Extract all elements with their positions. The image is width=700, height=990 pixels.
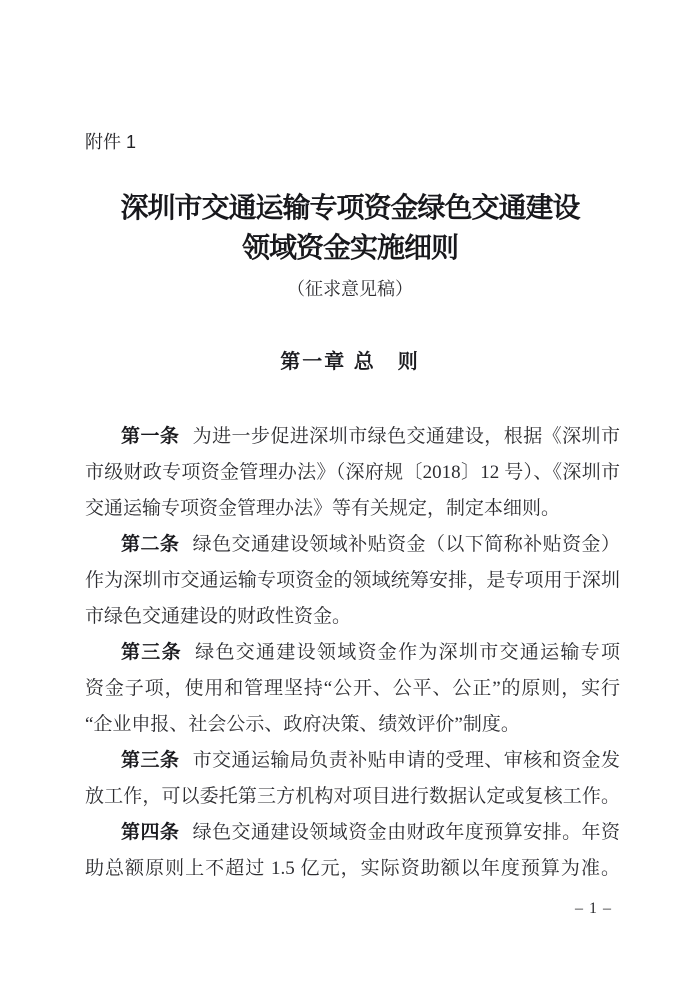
article-paragraph-5: 第四条绿色交通建设领域资金由财政年度预算安排。年资 助总额原则上不超过 1.5 … (85, 815, 620, 887)
paragraph-text: 绿色交通建设领域补贴资金（以下简称补贴资金） (193, 534, 620, 555)
document-page: 附件 1 深圳市交通运输专项资金绿色交通建设 领域资金实施细则 （征求意见稿） … (0, 0, 700, 990)
article-paragraph-2: 第二条绿色交通建设领域补贴资金（以下简称补贴资金） 作为深圳市交通运输专项资金的… (85, 527, 620, 635)
article-number: 第二条 (121, 534, 179, 555)
paragraph-line: 第三条绿色交通建设领域资金作为深圳市交通运输专项 (85, 635, 620, 671)
article-number: 第三条 (121, 642, 182, 663)
paragraph-line: 市级财政专项资金管理办法》（深府规〔2018〕12 号）、《深圳市 (85, 455, 620, 491)
paragraph-text: 市交通运输局负责补贴申请的受理、审核和资金发 (193, 750, 620, 771)
attachment-label: 附件 1 (85, 129, 136, 155)
document-title-line1: 深圳市交通运输专项资金绿色交通建设 (0, 189, 700, 229)
paragraph-line: 交通运输专项资金管理办法》等有关规定，制定本细则。 (85, 491, 620, 527)
paragraph-text: 绿色交通建设领域资金作为深圳市交通运输专项 (195, 642, 620, 663)
paragraph-line: 第一条为进一步促进深圳市绿色交通建设，根据《深圳市 (85, 419, 620, 455)
chapter-heading: 第一章 总 则 (0, 348, 700, 376)
paragraph-line: “企业申报、社会公示、政府决策、绩效评价”制度。 (85, 707, 620, 743)
page-number: – 1 – (575, 898, 612, 920)
document-body: 第一条为进一步促进深圳市绿色交通建设，根据《深圳市 市级财政专项资金管理办法》（… (85, 419, 620, 887)
paragraph-line: 第二条绿色交通建设领域补贴资金（以下简称补贴资金） (85, 527, 620, 563)
article-number: 第四条 (121, 822, 179, 843)
paragraph-text: 为进一步促进深圳市绿色交通建设，根据《深圳市 (193, 426, 620, 447)
document-title-line2: 领域资金实施细则 (0, 229, 700, 269)
article-number: 第三条 (121, 750, 179, 771)
paragraph-line: 第四条绿色交通建设领域资金由财政年度预算安排。年资 (85, 815, 620, 851)
paragraph-line: 第三条市交通运输局负责补贴申请的受理、审核和资金发 (85, 743, 620, 779)
article-paragraph-3: 第三条绿色交通建设领域资金作为深圳市交通运输专项 资金子项，使用和管理坚持“公开… (85, 635, 620, 743)
article-number: 第一条 (121, 426, 179, 447)
article-paragraph-4: 第三条市交通运输局负责补贴申请的受理、审核和资金发 放工作，可以委托第三方机构对… (85, 743, 620, 815)
article-paragraph-1: 第一条为进一步促进深圳市绿色交通建设，根据《深圳市 市级财政专项资金管理办法》（… (85, 419, 620, 527)
paragraph-line: 放工作，可以委托第三方机构对项目进行数据认定或复核工作。 (85, 779, 620, 815)
paragraph-line: 助总额原则上不超过 1.5 亿元，实际资助额以年度预算为准。 (85, 851, 620, 887)
paragraph-line: 作为深圳市交通运输专项资金的领域统筹安排，是专项用于深圳 (85, 563, 620, 599)
paragraph-line: 市绿色交通建设的财政性资金。 (85, 599, 620, 635)
paragraph-line: 资金子项，使用和管理坚持“公开、公平、公正”的原则，实行 (85, 671, 620, 707)
document-title: 深圳市交通运输专项资金绿色交通建设 领域资金实施细则 (0, 189, 700, 269)
document-subtitle: （征求意见稿） (0, 276, 700, 302)
paragraph-text: 绿色交通建设领域资金由财政年度预算安排。年资 (193, 822, 620, 843)
